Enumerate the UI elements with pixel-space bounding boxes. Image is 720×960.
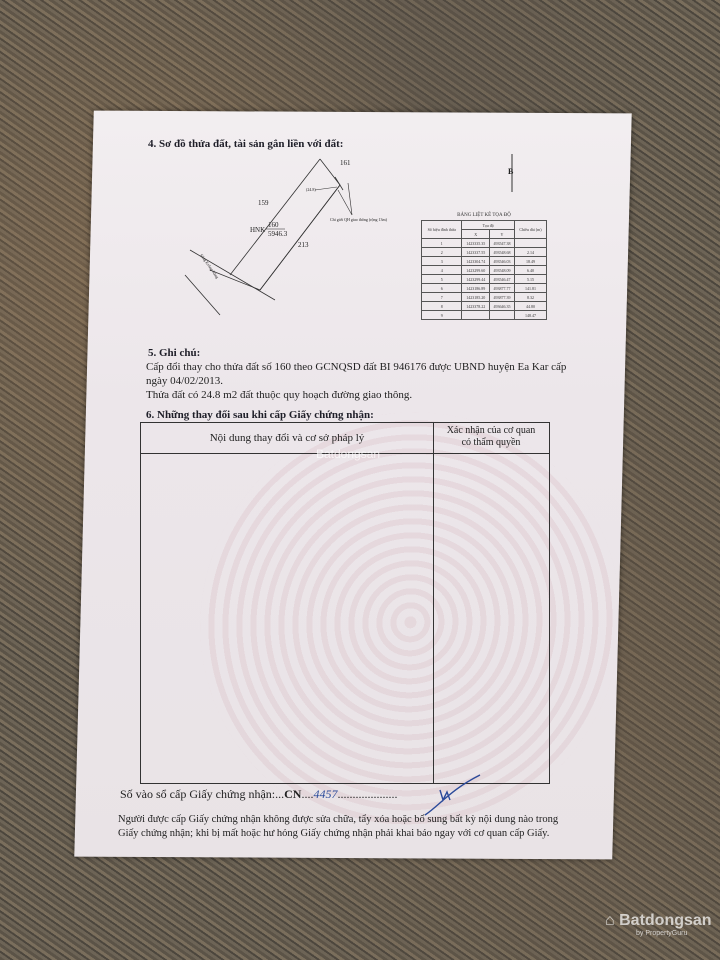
coord-row: 21423337.55493548.682.14 bbox=[422, 248, 547, 257]
changes-table: Nội dung thay đổi và cơ sở pháp lý Xác n… bbox=[140, 422, 550, 784]
neighbor-161: 161 bbox=[340, 159, 351, 167]
coord-row: 81423378.22493646.3544.80 bbox=[422, 302, 547, 311]
svg-text:160: 160 bbox=[268, 221, 279, 229]
section5-title: 5. Ghi chú: bbox=[148, 347, 200, 359]
registry-line: Số vào sổ cấp Giấy chứng nhận:...CN....4… bbox=[120, 787, 397, 802]
coord-row: 61423186.89493877.77141.81 bbox=[422, 284, 547, 293]
svg-text:B: B bbox=[508, 167, 514, 176]
note-line-1: Cấp đổi thay cho thửa đất số 160 theo GC… bbox=[146, 361, 566, 374]
watermark-logo: ⌂ Batdongsan bbox=[605, 912, 712, 930]
batdongsan-logo-icon: ⌂ bbox=[605, 912, 615, 929]
coord-row: 71423185.20493877.398.32 bbox=[422, 293, 547, 302]
svg-text:5946.3: 5946.3 bbox=[268, 230, 288, 238]
section6-title: 6. Những thay đổi sau khi cấp Giấy chứng… bbox=[146, 409, 374, 421]
note-line-2: ngày 04/02/2013. bbox=[146, 375, 223, 388]
svg-text:(24.8): (24.8) bbox=[306, 187, 316, 192]
coord-row: 9148.47 bbox=[422, 311, 547, 320]
svg-text:HNK: HNK bbox=[250, 226, 265, 234]
col-header-content: Nội dung thay đổi và cơ sở pháp lý bbox=[141, 432, 433, 444]
coord-row: 31423304.74493546.0318.49 bbox=[422, 257, 547, 266]
section4-title: 4. Sơ đồ thửa đất, tài sản gắn liền với … bbox=[148, 138, 343, 150]
warning-line-1: Người được cấp Giấy chứng nhận không đượ… bbox=[118, 813, 558, 826]
north-arrow: B bbox=[506, 152, 518, 192]
coord-row: 41423299.60493548.096.40 bbox=[422, 266, 547, 275]
svg-text:213: 213 bbox=[298, 241, 309, 249]
watermark-center: Batdongsan bbox=[316, 447, 380, 461]
coordinate-table: BẢNG LIỆT KÊ TỌA ĐỘ Số hiệu đỉnh thửaTọa… bbox=[421, 213, 547, 320]
svg-text:159: 159 bbox=[258, 199, 269, 207]
svg-text:Chỉ giới QH giao thông (rộng 1: Chỉ giới QH giao thông (rộng 13m) bbox=[330, 217, 388, 222]
warning-line-2: Giấy chứng nhận; khi bị mất hoặc hư hỏng… bbox=[118, 827, 549, 840]
note-line-3: Thửa đất có 24.8 m2 đất thuộc quy hoạch … bbox=[146, 389, 412, 402]
parcel-diagram: 161 159 213 HNK 160 5946.3 (24.8) Chỉ gi… bbox=[180, 155, 430, 325]
coord-row: 11423335.35493547.38 bbox=[422, 239, 547, 248]
coord-row: 51423299.44493546.475.15 bbox=[422, 275, 547, 284]
col-header-confirm: Xác nhận của cơ quan có thẩm quyền bbox=[433, 425, 549, 449]
